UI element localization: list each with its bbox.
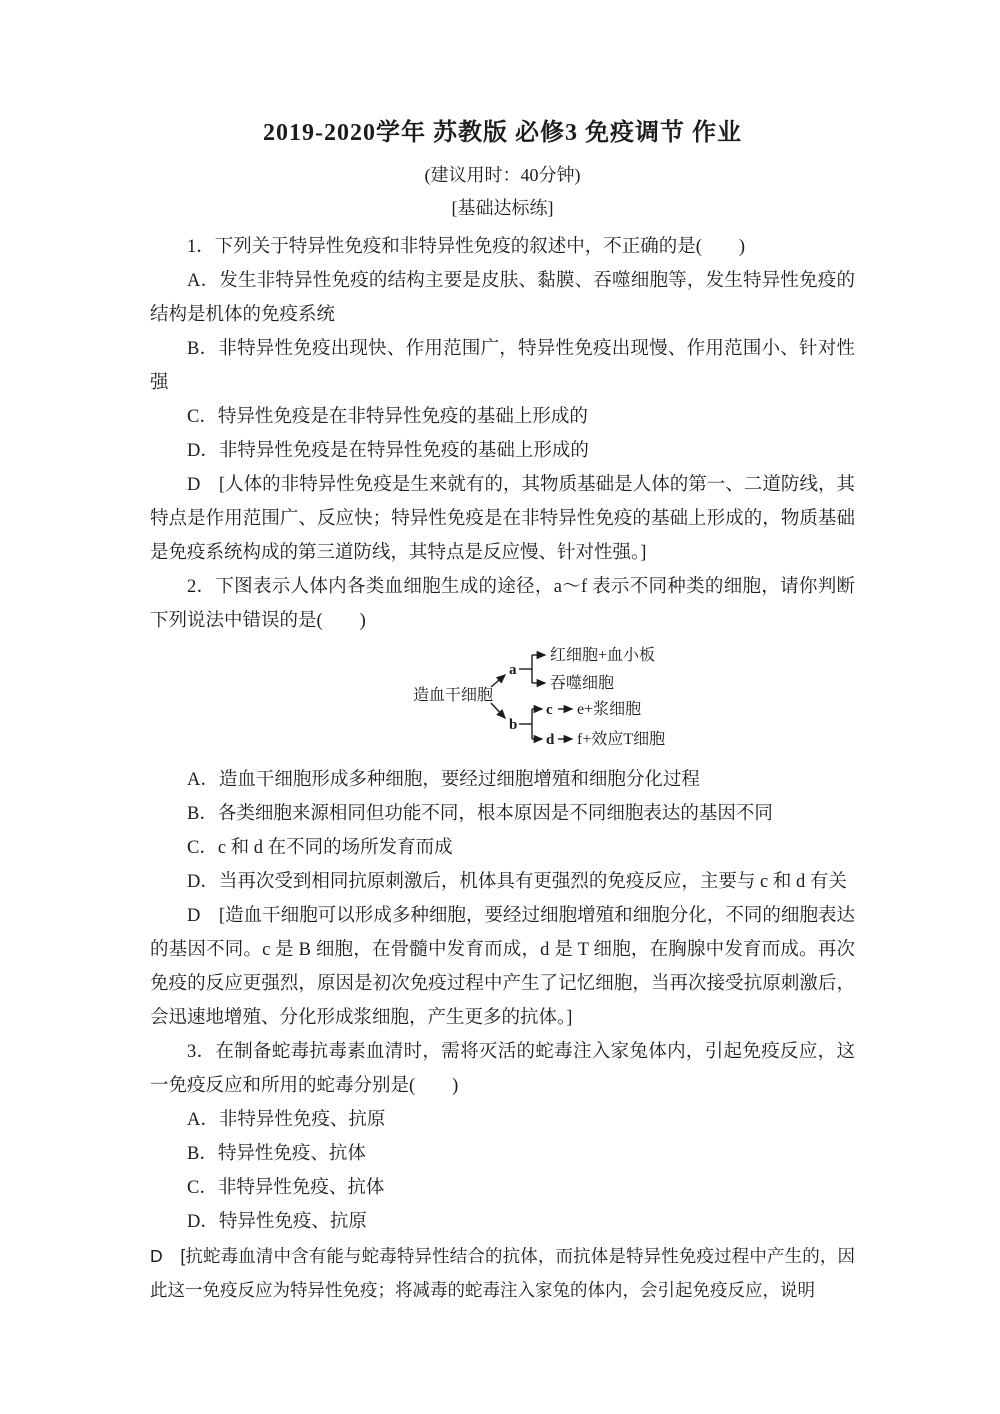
q2-answer: D [造血干细胞可以形成多种细胞，要经过细胞增殖和细胞分化，不同的细胞表达的基因… (150, 899, 855, 1035)
q1-stem: 1．下列关于特异性免疫和非特异性免疫的叙述中，不正确的是( ) (150, 230, 855, 264)
duration-note: (建议用时：40分钟) (150, 162, 855, 188)
q3-option-b: B．特异性免疫、抗体 (150, 1137, 855, 1171)
q2-stem: 2．下图表示人体内各类血细胞生成的途径，a～f 表示不同种类的细胞，请你判断下列… (150, 570, 855, 638)
section-label: [基础达标练] (150, 195, 855, 221)
phagocyte-label: 吞噬细胞 (550, 674, 614, 692)
q3-option-c: C．非特异性免疫、抗体 (150, 1171, 855, 1205)
q3-option-a: A．非特异性免疫、抗原 (150, 1103, 855, 1137)
stem-cell-label: 造血干细胞 (413, 686, 493, 704)
worksheet-page: 2019-2020学年 苏教版 必修3 免疫调节 作业 (建议用时：40分钟) … (0, 0, 1000, 1414)
node-a-label: a (509, 662, 517, 678)
q1-option-d: D．非特异性免疫是在特异性免疫的基础上形成的 (150, 434, 855, 468)
effector-t-cell-label: f+效应T细胞 (577, 730, 665, 748)
q1-option-c: C．特异性免疫是在非特异性免疫的基础上形成的 (150, 400, 855, 434)
arrow-to-b (491, 703, 505, 718)
worksheet-body: 1．下列关于特异性免疫和非特异性免疫的叙述中，不正确的是( ) A．发生非特异性… (150, 230, 855, 1307)
blood-cell-pathway-diagram: 造血干细胞 a 红细胞+血小板 吞噬细胞 b c e+浆细胞 d f+效应T细胞 (405, 642, 705, 754)
q2-option-d: D．当再次受到相同抗原刺激后，机体具有更强烈的免疫反应，主要与 c 和 d 有关 (150, 865, 855, 899)
q2-option-a: A．造血干细胞形成多种细胞，要经过细胞增殖和细胞分化过程 (150, 763, 855, 797)
q1-option-a: A．发生非特异性免疫的结构主要是皮肤、黏膜、吞噬细胞等，发生特异性免疫的结构是机… (150, 264, 855, 332)
q2-option-c: C．c 和 d 在不同的场所发育而成 (150, 831, 855, 865)
q1-answer: D [人体的非特异性免疫是生来就有的，其物质基础是人体的第一、二道防线，其特点是… (150, 468, 855, 570)
q2-option-b: B．各类细胞来源相同但功能不同，根本原因是不同细胞表达的基因不同 (150, 797, 855, 831)
node-b-label: b (509, 717, 517, 733)
q3-answer: D [抗蛇毒血清中含有能与蛇毒特异性结合的抗体，而抗体是特异性免疫过程中产生的，… (150, 1239, 855, 1307)
q3-option-d: D．特异性免疫、抗原 (150, 1205, 855, 1239)
arrow-to-a (491, 675, 505, 687)
node-d-label: d (546, 732, 555, 748)
page-title: 2019-2020学年 苏教版 必修3 免疫调节 作业 (150, 118, 855, 148)
rbc-platelet-label: 红细胞+血小板 (550, 646, 655, 664)
q3-stem: 3．在制备蛇毒抗毒素血清时，需将灭活的蛇毒注入家兔体内，引起免疫反应，这一免疫反… (150, 1035, 855, 1103)
plasma-cell-label: e+浆细胞 (577, 700, 641, 718)
node-c-label: c (546, 702, 553, 718)
q1-option-b: B．非特异性免疫出现快、作用范围广，特异性免疫出现慢、作用范围小、针对性强 (150, 332, 855, 400)
